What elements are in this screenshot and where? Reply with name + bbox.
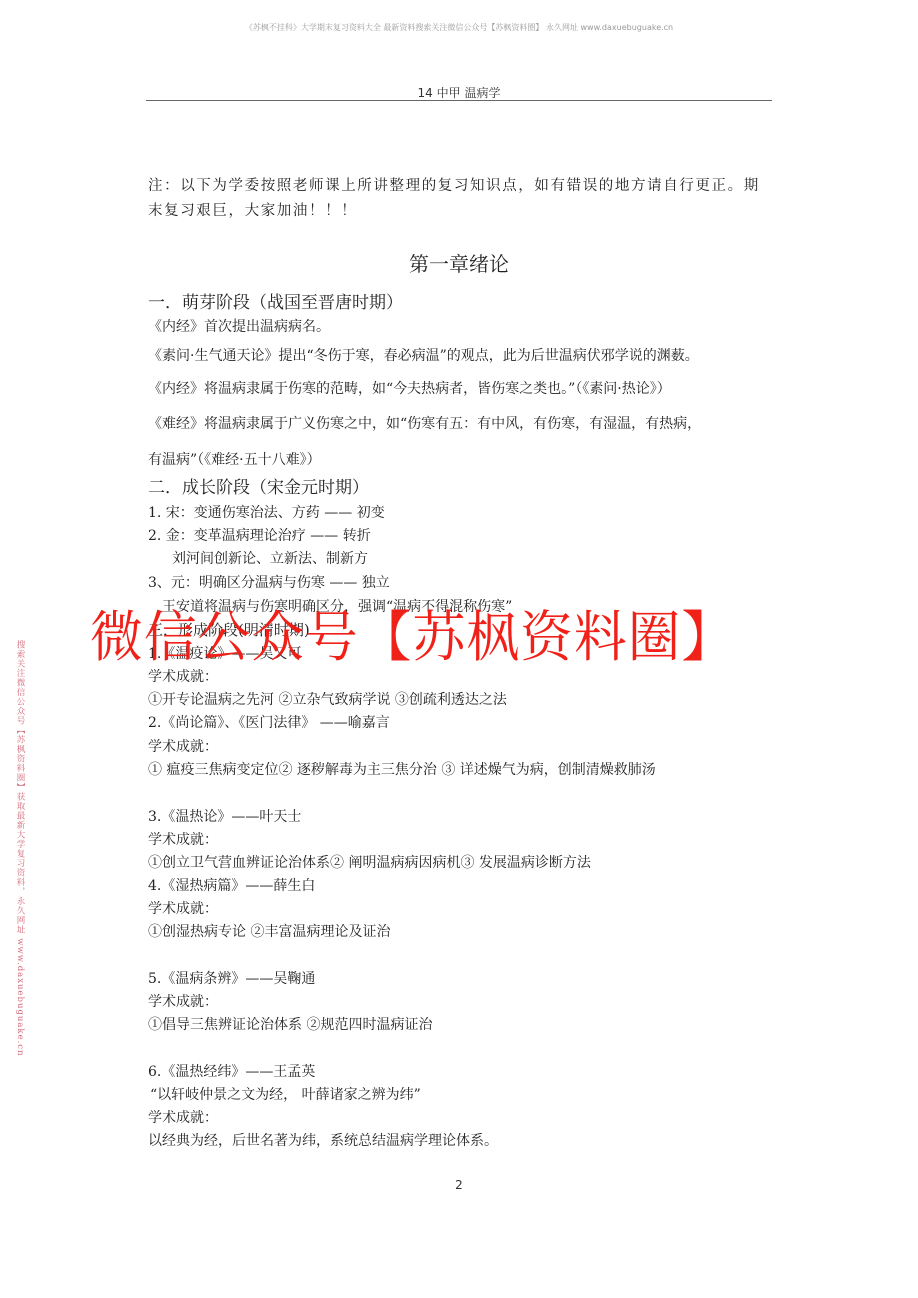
header-divider (146, 100, 772, 101)
achievement-label: 学术成就： (148, 830, 218, 850)
list-item: 3、元：明确区分温病与伤寒 —— 独立 (148, 573, 390, 593)
paragraph-line: 《难经》将温病隶属于广义伤寒之中，如“伤寒有五：有中风，有伤寒，有湿温，有热病， (148, 414, 701, 434)
list-item: 2. 金：变革温病理论治疗 —— 转折 (148, 526, 371, 546)
achievement-content: ①创湿热病专论 ②丰富温病理论及证治 (148, 922, 390, 942)
intro-note: 注：以下为学委按照老师课上所讲整理的复习知识点，如有错误的地方请自行更正。期末复… (148, 174, 774, 224)
paragraph-line: 有温病”（《难经·五十八难》） (148, 450, 321, 470)
achievement-content: ① 瘟疫三焦病变定位② 逐秽解毒为主三焦分治 ③ 详述燥气为病，创制清燥救肺汤 (148, 760, 656, 780)
work-quote: “以轩岐仲景之文为经， 叶薛诸家之辨为纬” (150, 1085, 421, 1105)
achievement-content: ①创立卫气营血辨证论治体系② 阐明温病病因病机③ 发展温病诊断方法 (148, 853, 591, 873)
paragraph-line: 《内经》将温病隶属于伤寒的范畴，如“今夫热病者，皆伤寒之类也。”（《素问·热论》… (148, 379, 671, 399)
work-title: 6.《温热经纬》——王孟英 (148, 1062, 315, 1082)
achievement-content: 以经典为经，后世名著为纬，系统总结温病学理论体系。 (148, 1131, 498, 1151)
paragraph-line: 《内经》首次提出温病病名。 (148, 317, 330, 337)
list-item-detail: 刘河间创新论、立新法、制新方 (172, 549, 368, 569)
achievement-label: 学术成就： (148, 667, 218, 687)
chapter-title: 第一章绪论 (146, 250, 772, 278)
work-title: 5.《温病条辨》——吴鞠通 (148, 969, 315, 989)
achievement-label: 学术成就： (148, 992, 218, 1012)
side-banner-text: 搜索关注微信公众号【苏枫资料圈】获取最新大学复习资料，永久网址 www.daxu… (14, 640, 26, 1057)
achievement-label: 学术成就： (148, 899, 218, 919)
section-heading: 一．萌芽阶段（战国至晋唐时期） (148, 292, 403, 314)
section-heading: 二．成长阶段（宋金元时期） (148, 477, 369, 499)
achievement-label: 学术成就： (148, 737, 218, 757)
work-title: 3.《温热论》——叶天士 (148, 807, 301, 827)
watermark-overlay: 微信公众号【苏枫资料圈】 (90, 604, 735, 670)
work-title: 2.《尚论篇》、《医门法律》 ——喻嘉言 (148, 713, 390, 733)
achievement-content: ①倡导三焦辨证论治体系 ②规范四时温病证治 (148, 1015, 432, 1035)
work-title: 4.《湿热病篇》——薛生白 (148, 876, 315, 896)
achievement-label: 学术成就： (148, 1108, 218, 1128)
achievement-content: ①开专论温病之先河 ②立杂气致病学说 ③创疏利透达之法 (148, 690, 507, 710)
page-number: 2 (446, 1178, 472, 1192)
list-item: 1. 宋：变通伤寒治法、方药 —— 初变 (148, 503, 385, 523)
top-banner-text: 《苏枫不挂科》大学期末复习资料大全 最新资料搜索关注微信公众号【苏枫资料圈】 永… (0, 22, 918, 33)
paragraph-line: 《素问·生气通天论》提出“冬伤于寒，春必病温”的观点，此为后世温病伏邪学说的渊薮… (148, 346, 699, 366)
